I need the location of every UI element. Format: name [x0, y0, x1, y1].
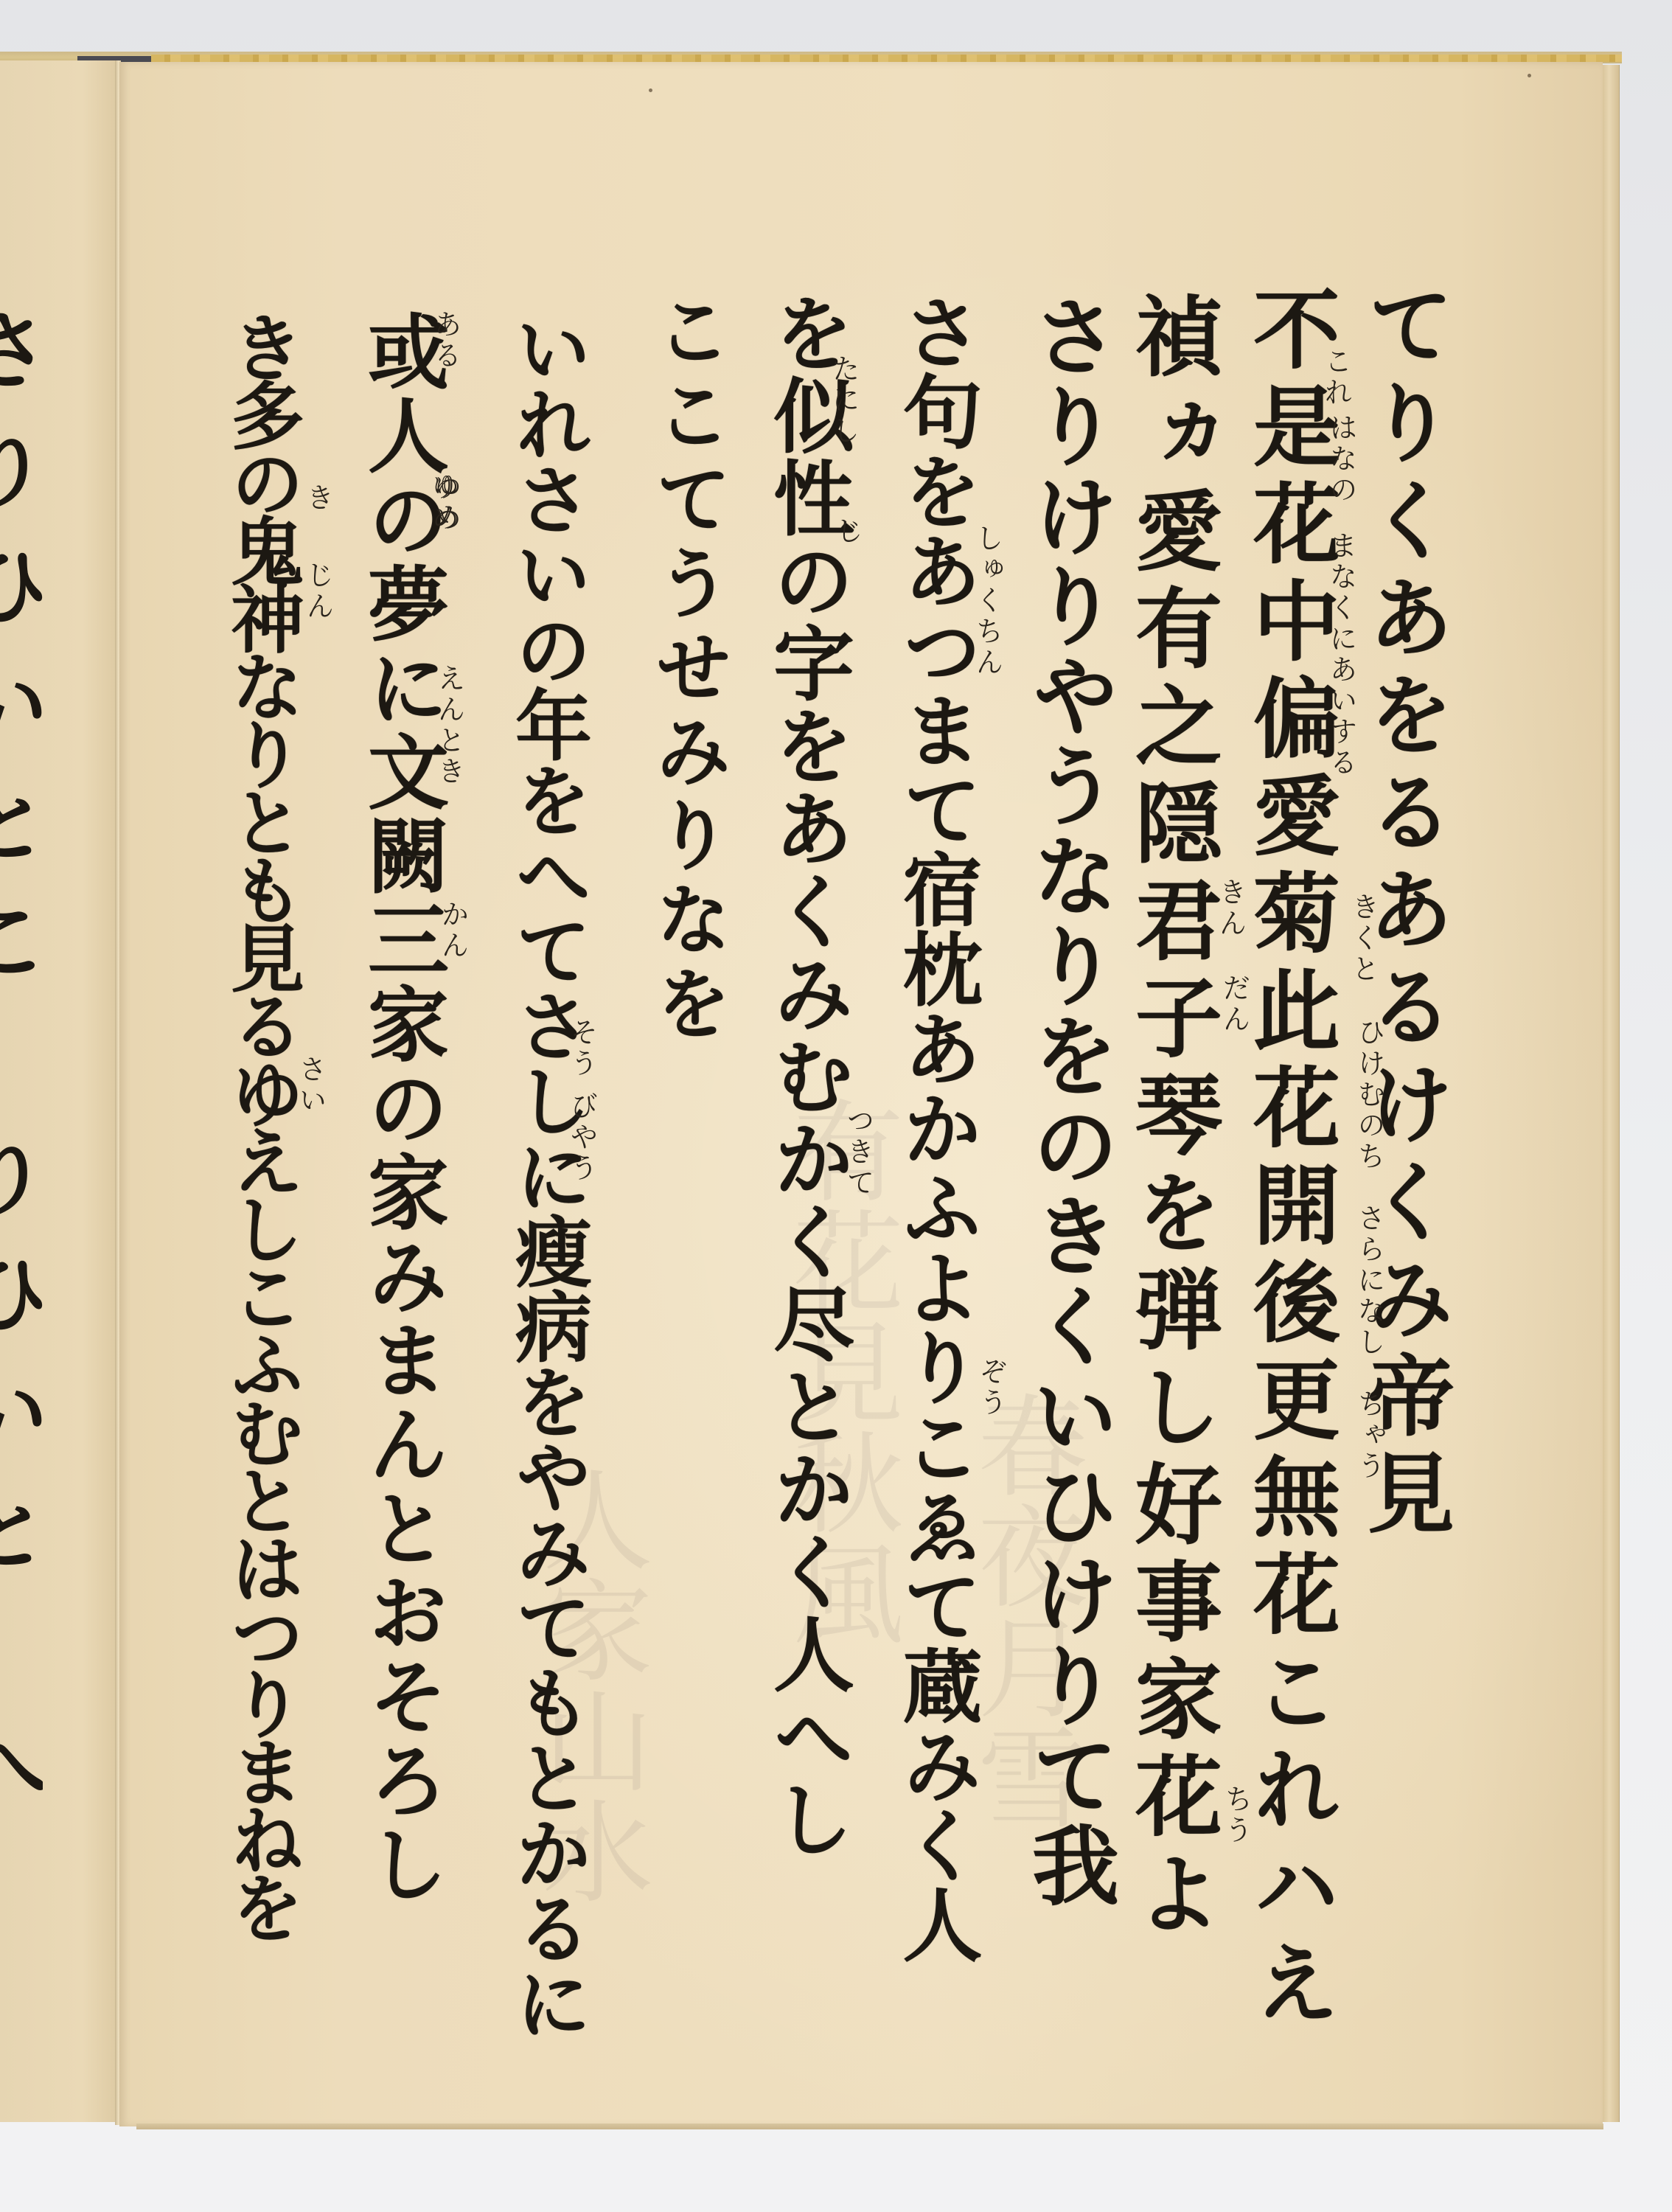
- furigana: だん: [1220, 973, 1248, 1035]
- paper-speck: [649, 88, 652, 92]
- text-column-9: 或人の夢に文闕三家の家みまんとおそろし: [361, 310, 442, 2006]
- furigana: ひけむのち さらになし ちゃう: [1355, 1018, 1383, 1725]
- furigana: きくと: [1349, 892, 1377, 985]
- furigana: じ: [833, 516, 861, 547]
- furigana: かん: [439, 900, 467, 961]
- text-column-4: さりけりやうなりをのきくいひけりて我: [1025, 291, 1112, 1913]
- left-page: さりひいとこ りひいと へ: [0, 60, 118, 2122]
- furigana: しゅくちん: [973, 524, 1001, 678]
- book-bottom-edge: [136, 2124, 1603, 2129]
- furigana: き: [304, 483, 332, 514]
- furigana: ちう: [1222, 1784, 1250, 1846]
- furigana: きん: [1216, 877, 1244, 939]
- text-column-2: 不是花中偏愛菊此花開後更無花これハえ: [1246, 284, 1333, 1906]
- furigana: まなくにあいする: [1327, 531, 1355, 779]
- furigana: えんとき: [435, 664, 463, 787]
- paper-speck: [1528, 74, 1531, 77]
- text-column-7: ここてうせみりなを: [649, 291, 725, 955]
- furigana: そう: [568, 1018, 596, 1079]
- gilt-top-edge: [151, 55, 1622, 62]
- left-page-partial-column: さりひいとこ りひいと へ: [0, 304, 43, 2059]
- furigana: たにし: [829, 354, 857, 447]
- furigana: ゆめ: [429, 472, 457, 534]
- furigana: これ: [1322, 347, 1350, 408]
- furigana: はなの: [1327, 413, 1355, 506]
- furigana: つきて: [844, 1106, 872, 1199]
- right-page-fore-edge: [1603, 65, 1620, 2122]
- furigana: じん: [304, 560, 332, 622]
- furigana: ある: [431, 310, 459, 372]
- text-column-10: き多の鬼神なりとも見るゆえしこふむとはつりまねを: [225, 310, 299, 2006]
- furigana: ぞう: [977, 1357, 1005, 1419]
- furigana: びやう: [568, 1091, 596, 1184]
- text-column-5: さ句をあつまて宿枕あかふよりこゑて蔵みく人: [896, 291, 975, 1913]
- furigana: さい: [296, 1054, 324, 1116]
- text-column-3: 禎ヵ愛有之隠君子琴を弾し好事家花よ: [1128, 291, 1215, 1913]
